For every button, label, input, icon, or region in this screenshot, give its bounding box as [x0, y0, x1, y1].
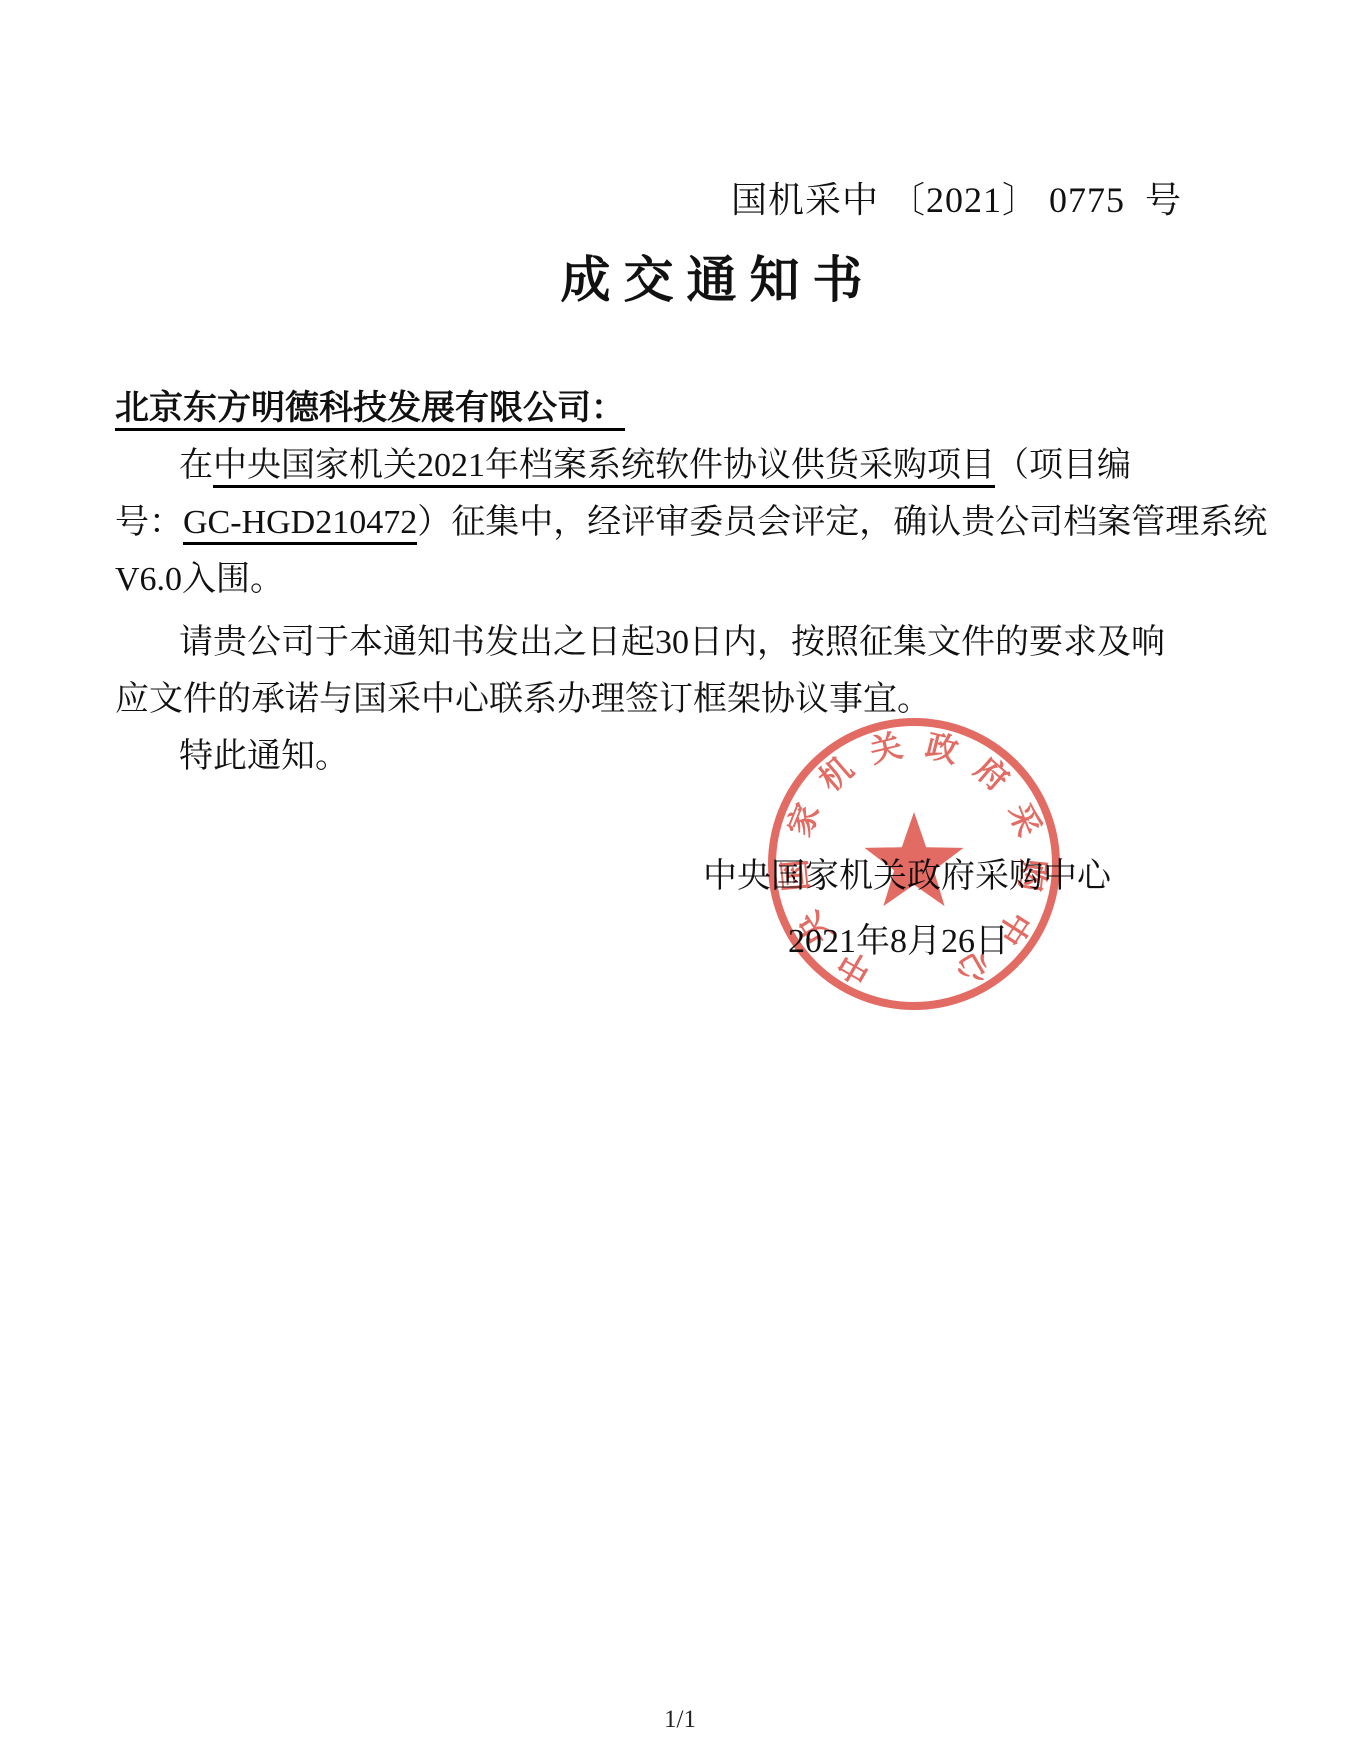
stamp-ring-char: 国	[776, 858, 815, 893]
p1-l2-prefix: 号：	[115, 504, 183, 541]
page-number: 1/1	[0, 1706, 1360, 1734]
doc-number: 国机采中 〔2021〕 0775 号	[731, 172, 1182, 223]
recipient-line: 北京东方明德科技发展有限公司：	[115, 380, 1225, 437]
stamp-ring-char: 购	[1013, 858, 1052, 893]
project-name: 中央国家机关2021年档案系统软件协议供货采购项目	[213, 447, 995, 488]
p1-prefix: 在	[179, 447, 213, 484]
stamp-ring-char: 关	[866, 727, 906, 770]
stamp-ring-char: 政	[922, 727, 962, 770]
paragraph1-line3: V6.0入围。	[115, 551, 1225, 608]
p1-after: （项目编	[995, 447, 1131, 484]
paragraph2-line1: 请贵公司于本通知书发出之日起30日内，按照征集文件的要求及响	[115, 614, 1225, 671]
paragraph1-line1: 在中央国家机关2021年档案系统软件协议供货采购项目（项目编	[115, 437, 1225, 494]
project-code: GC-HGD210472	[183, 504, 417, 545]
recipient-name: 北京东方明德科技发展有限公司：	[115, 390, 625, 431]
official-stamp: 中央国家机关政府采购中心	[764, 714, 1064, 1014]
paragraph1-line2: 号：GC-HGD210472）征集中，经评审委员会评定，确认贵公司档案管理系统	[115, 494, 1225, 551]
document-page: 国机采中 〔2021〕 0775 号 成交通知书 北京东方明德科技发展有限公司：…	[0, 0, 1360, 1760]
p1-l2-suffix: ）征集中，经评审委员会评定，确认贵公司档案管理系统	[417, 504, 1267, 541]
doc-title: 成交通知书	[38, 240, 1360, 312]
stamp-star-icon	[865, 812, 964, 906]
